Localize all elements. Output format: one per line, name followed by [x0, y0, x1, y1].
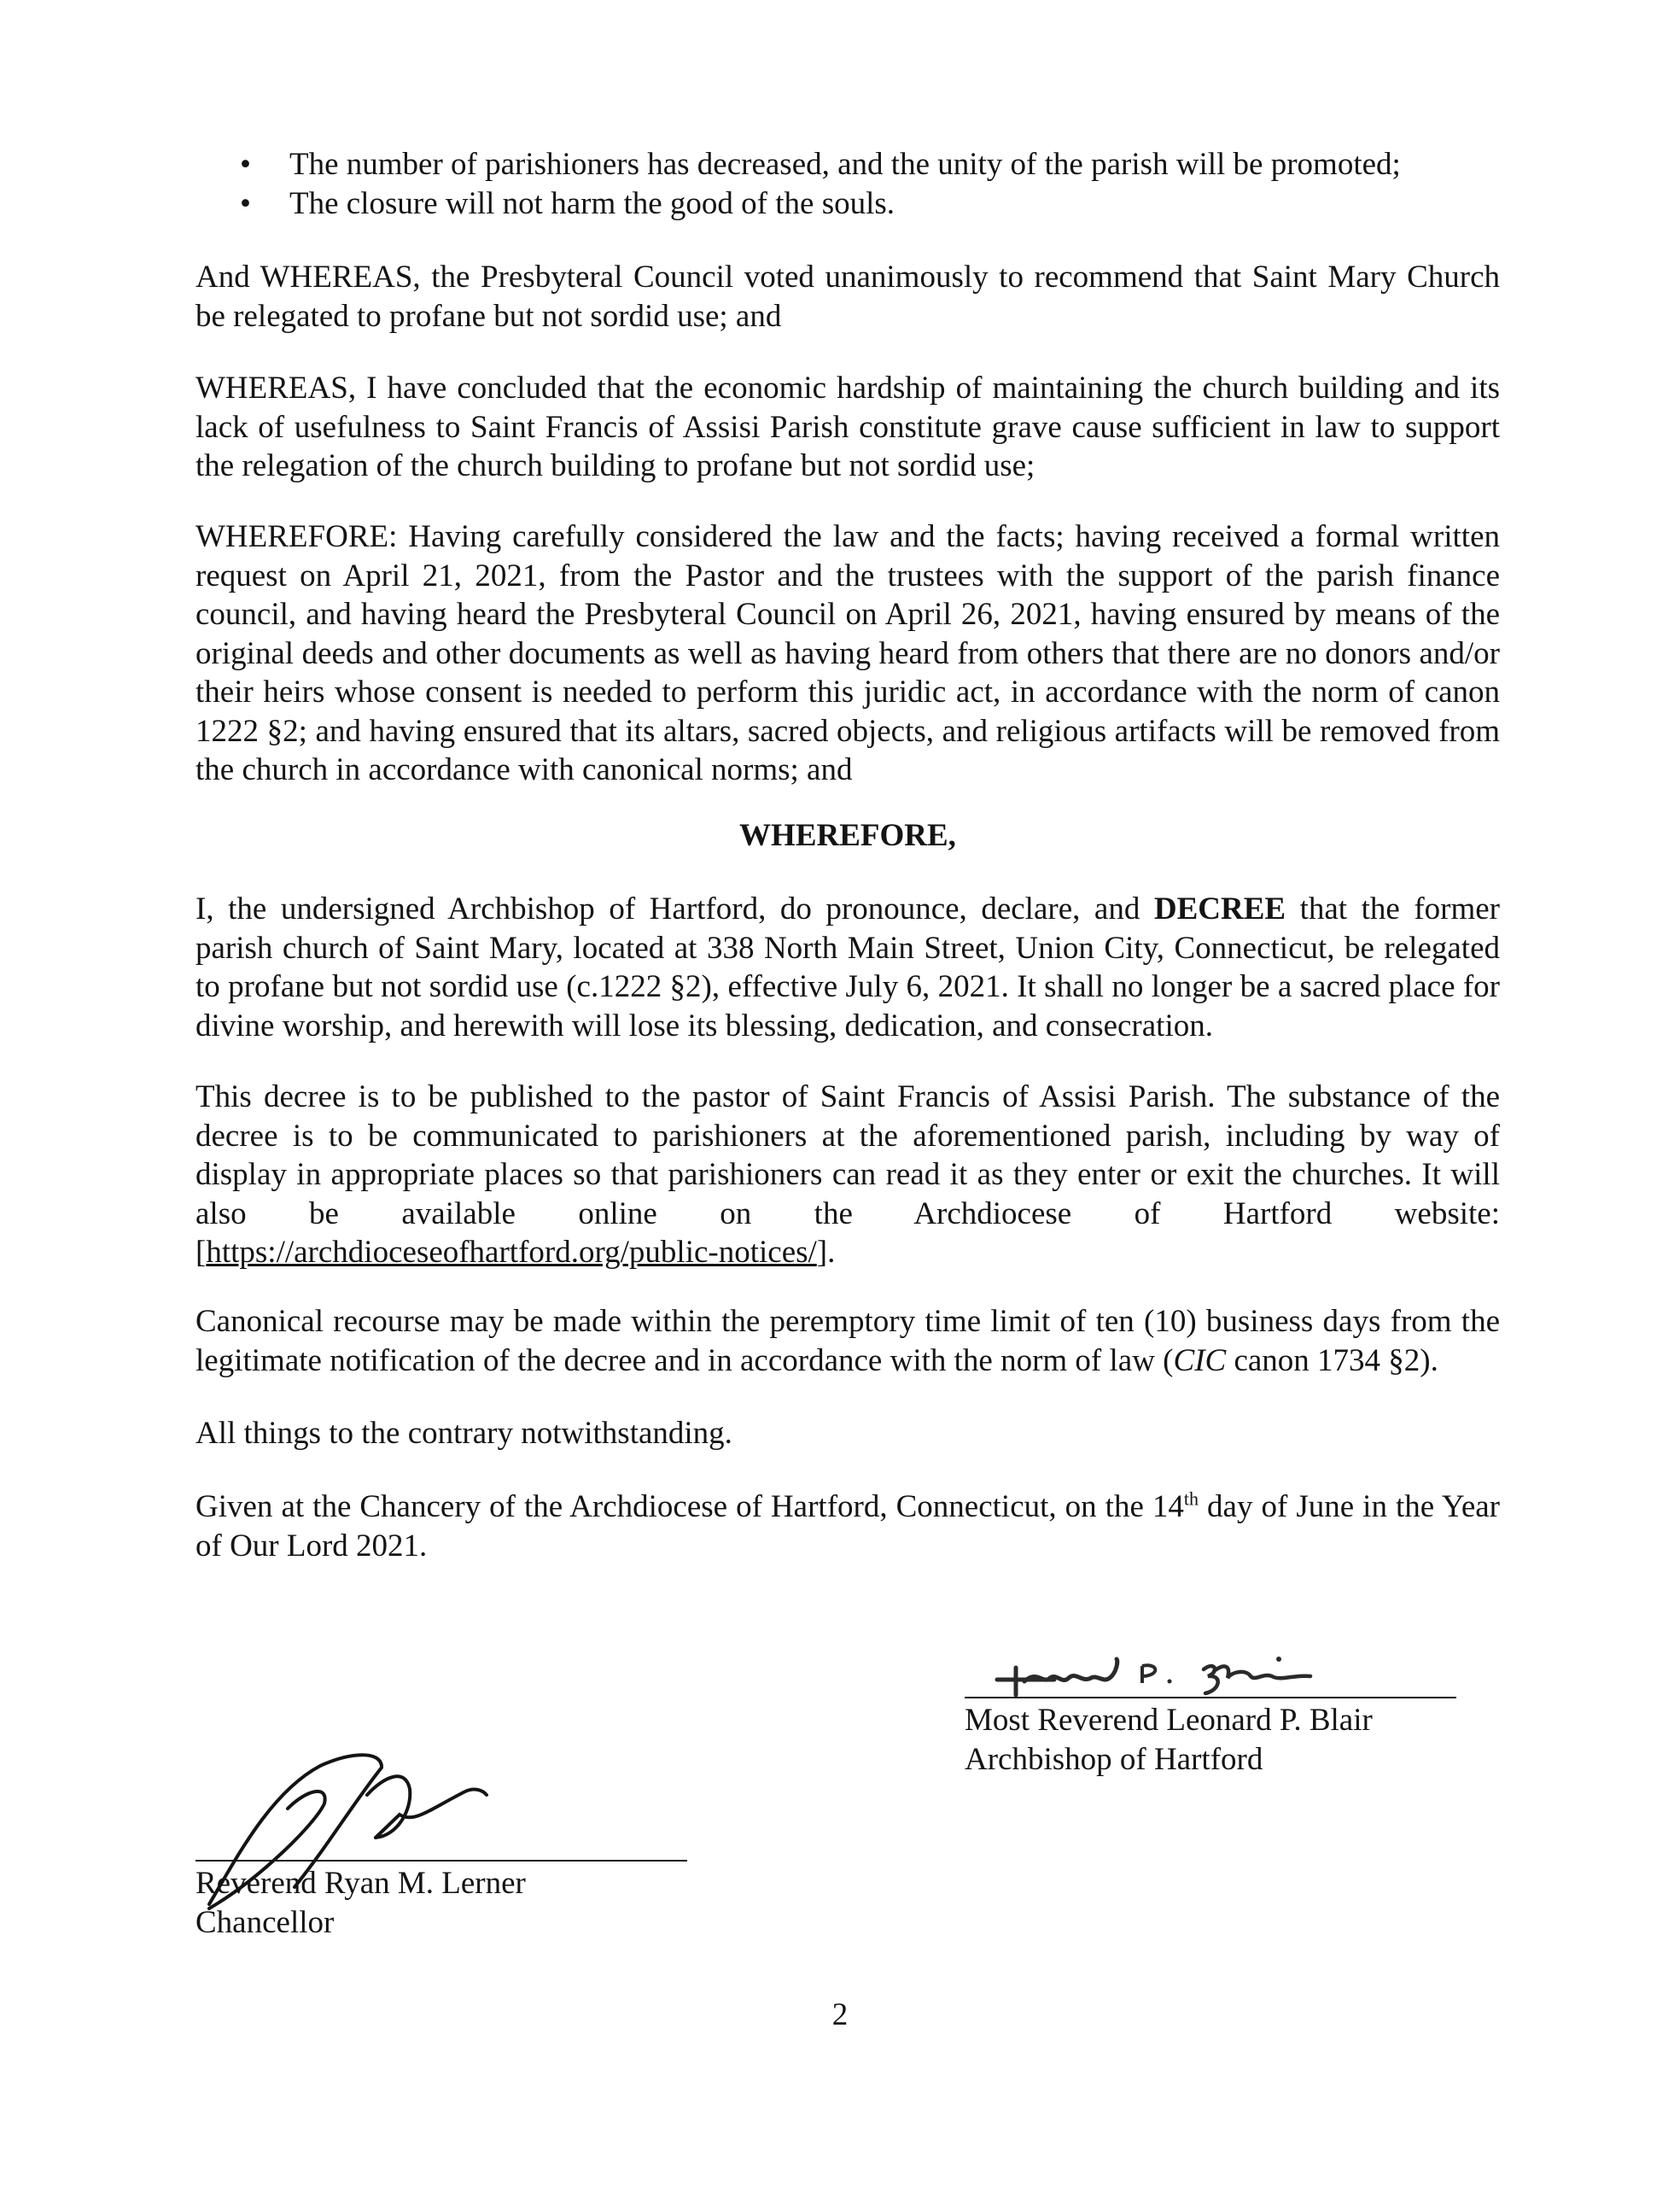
document-page: • The number of parishioners has decreas… [0, 0, 1680, 2186]
paragraph-presbyteral-vote: And WHEREAS, the Presbyteral Council vot… [195, 258, 1500, 336]
given-superscript: th [1184, 1488, 1199, 1510]
paragraph-canonical-recourse: Canonical recourse may be made within th… [195, 1302, 1500, 1380]
archbishop-signature-line [965, 1697, 1456, 1698]
paragraph-publication: This decree is to be published to the pa… [195, 1078, 1500, 1272]
decree-text-before: I, the undersigned Archbishop of Hartfor… [195, 891, 1154, 926]
paragraph-decree: I, the undersigned Archbishop of Hartfor… [195, 890, 1500, 1045]
decree-bold: DECREE [1154, 891, 1286, 926]
bullet-item: • The closure will not harm the good of … [195, 184, 1527, 224]
cic-italic: CIC [1174, 1343, 1227, 1378]
paragraph-whereas-hardship: WHEREAS, I have concluded that the econo… [195, 369, 1500, 486]
paragraph-wherefore-considerations: WHEREFORE: Having carefully considered t… [195, 517, 1500, 790]
paragraph-notwithstanding: All things to the contrary notwithstandi… [195, 1414, 1500, 1453]
chancellor-title: Chancellor [195, 1903, 334, 1943]
publication-text-after: ]. [817, 1235, 836, 1270]
given-text-before: Given at the Chancery of the Archdiocese… [195, 1489, 1184, 1524]
bullet-list: • The number of parishioners has decreas… [195, 145, 1527, 223]
bullet-text: The closure will not harm the good of th… [289, 184, 895, 224]
bullet-icon: • [195, 145, 289, 184]
chancellor-name: Reverend Ryan M. Lerner [195, 1864, 526, 1903]
wherefore-heading: WHEREFORE, [195, 816, 1500, 856]
public-notices-link[interactable]: https://archdioceseofhartford.org/public… [206, 1235, 816, 1270]
recourse-text-after: canon 1734 §2). [1226, 1343, 1438, 1378]
bullet-item: • The number of parishioners has decreas… [195, 145, 1527, 184]
bullet-icon: • [195, 184, 289, 224]
bullet-text: The number of parishioners has decreased… [289, 145, 1401, 184]
paragraph-given-at: Given at the Chancery of the Archdiocese… [195, 1488, 1500, 1565]
archbishop-title: Archbishop of Hartford [965, 1740, 1263, 1780]
page-number: 2 [0, 1996, 1680, 2033]
archbishop-name: Most Reverend Leonard P. Blair [965, 1701, 1373, 1740]
chancellor-signature-line [195, 1860, 687, 1862]
